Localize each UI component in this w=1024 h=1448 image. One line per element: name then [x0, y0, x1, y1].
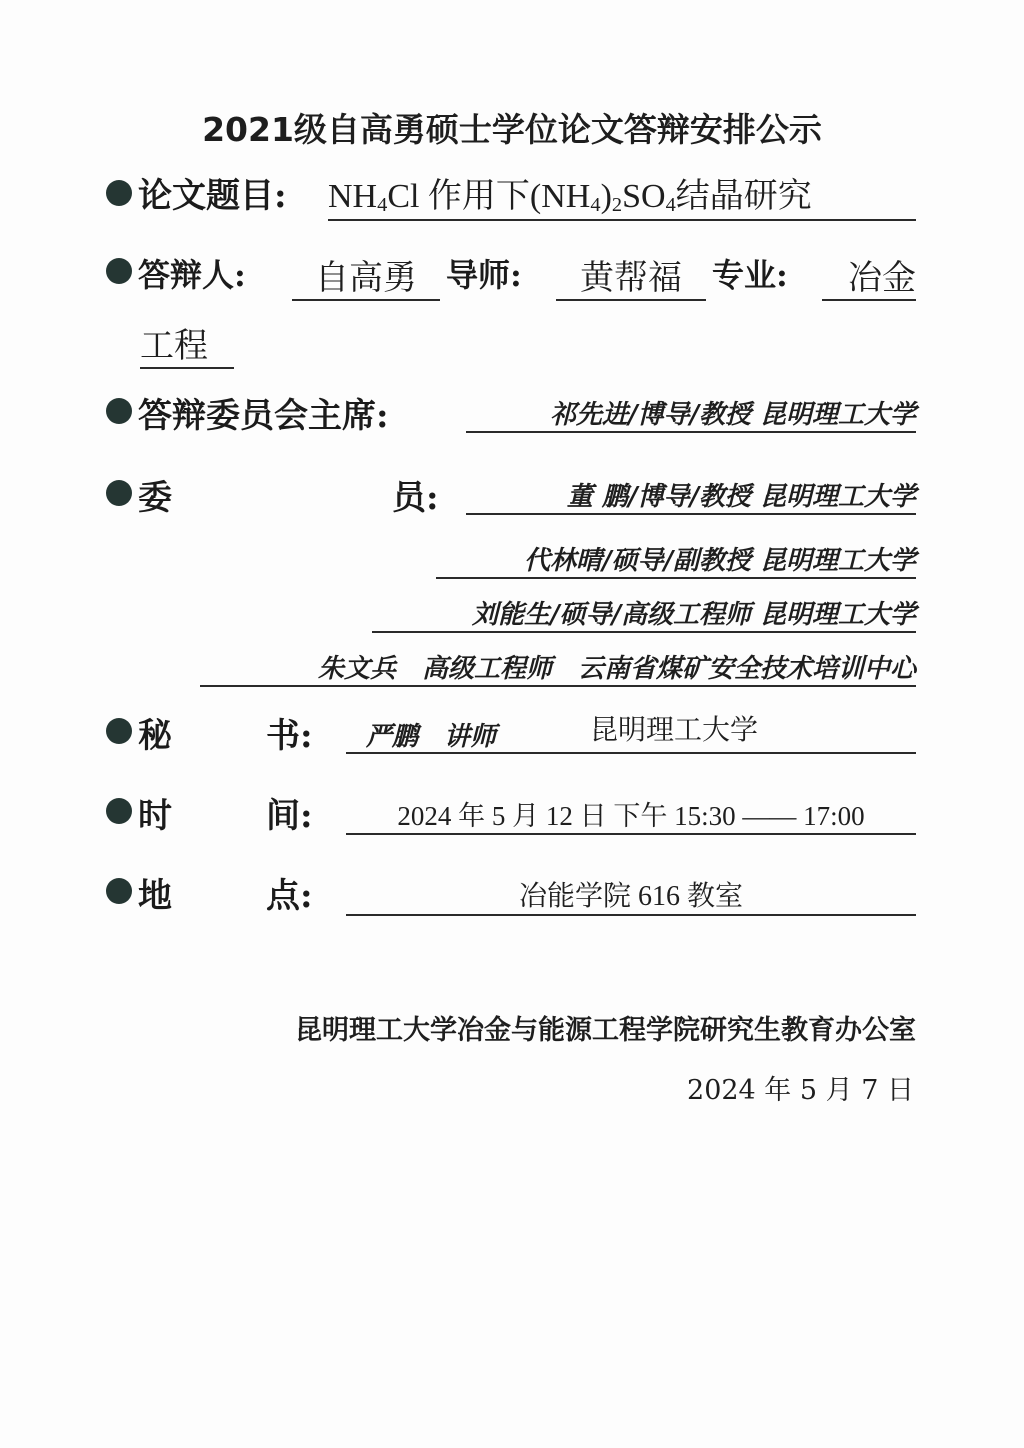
thesis-text: SO [622, 178, 665, 215]
secretary-org: 昆明理工大学 [590, 708, 758, 748]
advisor-label: 导师: [446, 250, 522, 296]
member-item: 代林晴/硕导/副教授 昆明理工大学 [436, 540, 916, 579]
bullet-icon [106, 180, 132, 206]
bullet-icon [106, 718, 132, 744]
place-row: 地 点: 冶能学院 616 教室 [106, 868, 926, 918]
thesis-subscript: 2 [612, 194, 622, 216]
time-label-part2: 间: [266, 788, 313, 837]
student-name: 自高勇 [292, 250, 440, 301]
thesis-value: NH4Cl 作用下(NH4)2SO4结晶研究 [328, 168, 916, 221]
major-label: 专业: [712, 250, 788, 296]
chair-value: 祁先进/博导/教授 昆明理工大学 [466, 394, 916, 433]
advisor-name: 黄帮福 [556, 250, 706, 301]
secretary-value: 严鹏 讲师 昆明理工大学 [346, 714, 916, 754]
thesis-subscript: 4 [666, 194, 676, 216]
defense-row: 答辩人: 自高勇 导师: 黄帮福 专业: 冶金 [106, 250, 926, 300]
secretary-name: 严鹏 讲师 [366, 716, 496, 753]
thesis-text: ) [601, 178, 612, 215]
member-item: 朱文兵 高级工程师 云南省煤矿安全技术培训中心 [200, 648, 916, 687]
major-value-line1: 冶金 [822, 250, 916, 301]
bullet-icon [106, 480, 132, 506]
secretary-label-part2: 书: [266, 708, 313, 757]
time-label-part1: 时 [138, 788, 172, 837]
time-value: 2024 年 5 月 12 日 下午 15:30 —— 17:00 [346, 794, 916, 835]
place-value: 冶能学院 616 教室 [346, 874, 916, 916]
student-label: 答辩人: [138, 250, 246, 296]
chair-label: 答辩委员会主席: [138, 388, 389, 437]
issuing-office: 昆明理工大学冶金与能源工程学院研究生教育办公室 [295, 1008, 916, 1047]
bullet-icon [106, 258, 132, 284]
member-item: 刘能生/硕导/高级工程师 昆明理工大学 [372, 594, 916, 633]
page-title: 2021级自高勇硕士学位论文答辩安排公示 [0, 104, 1024, 151]
secretary-label-part1: 秘 [138, 708, 172, 757]
issue-date: 2024 年 5 月 7 日 [687, 1068, 914, 1107]
secretary-row: 秘 书: 严鹏 讲师 昆明理工大学 [106, 708, 926, 758]
chair-row: 答辩委员会主席: 祁先进/博导/教授 昆明理工大学 [106, 388, 926, 438]
thesis-subscript: 4 [590, 194, 600, 216]
members-label-part2: 员: [392, 470, 439, 519]
members-label-part1: 委 [138, 470, 172, 519]
thesis-text: Cl 作用下(NH [387, 178, 590, 215]
thesis-label: 论文题目: [138, 168, 287, 217]
time-row: 时 间: 2024 年 5 月 12 日 下午 15:30 —— 17:00 [106, 788, 926, 838]
members-row: 委 员: 董 鹏/博导/教授 昆明理工大学 [106, 470, 926, 520]
bullet-icon [106, 398, 132, 424]
place-label-part2: 点: [266, 868, 313, 917]
place-label-part1: 地 [138, 868, 172, 917]
thesis-subscript: 4 [377, 194, 387, 216]
thesis-row: 论文题目: NH4Cl 作用下(NH4)2SO4结晶研究 [106, 168, 926, 218]
major-value-line2: 工程 [140, 318, 234, 369]
bullet-icon [106, 798, 132, 824]
member-item: 董 鹏/博导/教授 昆明理工大学 [466, 476, 916, 515]
thesis-text: NH [328, 178, 377, 215]
bullet-icon [106, 878, 132, 904]
thesis-text: 结晶研究 [676, 178, 812, 215]
